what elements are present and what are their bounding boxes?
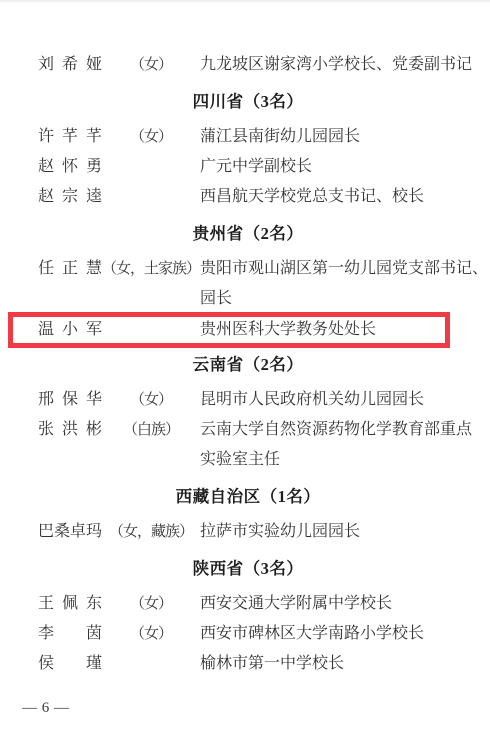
table-row: 李茵 （女） 西安市碑林区大学南路小学校长	[0, 619, 490, 649]
table-row: 温小军 贵州医科大学教务处处长	[13, 317, 445, 343]
position-title: 西昌航天学校党总支书记、校长	[200, 182, 490, 212]
document-page: 刘希娅 （女） 九龙坡区谢家湾小学校长、党委副书记 四川省（3名） 许芊芊 （女…	[0, 0, 490, 744]
province-section: 刘希娅 （女） 九龙坡区谢家湾小学校长、党委副书记	[0, 50, 490, 80]
position-title: 贵阳市观山湖区第一幼儿园党支部书记、园长	[200, 254, 490, 314]
province-section-header: 四川省（3名）	[6, 87, 490, 117]
position-title-line: 贵阳市观山湖区第一幼儿园党支部书记、	[200, 254, 490, 284]
position-title-line: 蒲江县南街幼儿园园长	[200, 122, 490, 152]
position-title: 西安市碑林区大学南路小学校长	[200, 619, 490, 649]
person-name: 赵怀勇	[38, 152, 102, 182]
table-row: 许芊芊 （女） 蒲江县南街幼儿园园长	[0, 122, 490, 152]
person-name: 刘希娅	[38, 50, 102, 80]
person-name: 李茵	[38, 619, 102, 649]
position-title: 榆林市第一中学校长	[200, 649, 490, 679]
person-name: 温小军	[38, 317, 102, 343]
person-name: 赵宗逵	[38, 182, 102, 212]
position-title-line: 贵州医科大学教务处处长	[200, 317, 445, 343]
gender-ethnicity-note: （女）	[102, 122, 200, 152]
province-section: 陕西省（3名） 王佩东 （女） 西安交通大学附属中学校长 李茵 （女） 西安市碑…	[0, 554, 490, 679]
position-title-line: 西昌航天学校党总支书记、校长	[200, 182, 490, 212]
position-title-line: 西安市碑林区大学南路小学校长	[200, 619, 490, 649]
position-title: 九龙坡区谢家湾小学校长、党委副书记	[200, 50, 490, 80]
province-section-header: 贵州省（2名）	[6, 219, 490, 249]
table-row: 赵怀勇 广元中学副校长	[0, 152, 490, 182]
gender-ethnicity-note: （女）	[102, 50, 200, 80]
position-title-line: 西安交通大学附属中学校长	[200, 589, 490, 619]
province-section-header: 西藏自治区（1名）	[6, 482, 490, 512]
province-section: 云南省（2名） 邢保华 （女） 昆明市人民政府机关幼儿园园长 张洪彬 （白族） …	[0, 350, 490, 475]
table-row: 邢保华 （女） 昆明市人民政府机关幼儿园园长	[0, 385, 490, 415]
table-row: 任正慧 （女，土家族） 贵阳市观山湖区第一幼儿园党支部书记、园长	[0, 254, 490, 314]
position-title: 西安交通大学附属中学校长	[200, 589, 490, 619]
gender-ethnicity-note: （白族）	[102, 415, 200, 445]
province-section-header: 云南省（2名）	[6, 350, 490, 380]
position-title-line: 广元中学副校长	[200, 152, 490, 182]
position-title-line: 园长	[200, 284, 490, 314]
honor-roll-list: 刘希娅 （女） 九龙坡区谢家湾小学校长、党委副书记 四川省（3名） 许芊芊 （女…	[0, 2, 490, 679]
gender-ethnicity-note: （女，藏族）	[102, 517, 200, 547]
person-name: 任正慧	[38, 254, 102, 284]
gender-ethnicity-note: （女）	[102, 589, 200, 619]
person-name: 巴桑卓玛	[38, 517, 102, 547]
position-title: 昆明市人民政府机关幼儿园园长	[200, 385, 490, 415]
position-title-line: 昆明市人民政府机关幼儿园园长	[200, 385, 490, 415]
table-row: 巴桑卓玛 （女，藏族） 拉萨市实验幼儿园园长	[0, 517, 490, 547]
page-number: — 6 —	[22, 700, 70, 717]
person-name: 邢保华	[38, 385, 102, 415]
position-title: 广元中学副校长	[200, 152, 490, 182]
position-title-line: 榆林市第一中学校长	[200, 649, 490, 679]
position-title-line: 拉萨市实验幼儿园园长	[200, 517, 490, 547]
person-name: 王佩东	[38, 589, 102, 619]
table-row: 侯瑾 榆林市第一中学校长	[0, 649, 490, 679]
position-title: 蒲江县南街幼儿园园长	[200, 122, 490, 152]
province-section: 西藏自治区（1名） 巴桑卓玛 （女，藏族） 拉萨市实验幼儿园园长	[0, 482, 490, 547]
table-row: 王佩东 （女） 西安交通大学附属中学校长	[0, 589, 490, 619]
table-row: 张洪彬 （白族） 云南大学自然资源药物化学教育部重点实验室主任	[0, 415, 490, 475]
person-name: 许芊芊	[38, 122, 102, 152]
position-title-line: 实验室主任	[200, 445, 490, 475]
table-row: 刘希娅 （女） 九龙坡区谢家湾小学校长、党委副书记	[0, 50, 490, 80]
province-section: 贵州省（2名） 任正慧 （女，土家族） 贵阳市观山湖区第一幼儿园党支部书记、园长…	[0, 219, 490, 348]
gender-ethnicity-note: （女，土家族）	[102, 254, 200, 284]
position-title: 拉萨市实验幼儿园园长	[200, 517, 490, 547]
province-section-header: 陕西省（3名）	[6, 554, 490, 584]
position-title: 云南大学自然资源药物化学教育部重点实验室主任	[200, 415, 490, 475]
gender-ethnicity-note: （女）	[102, 619, 200, 649]
table-row: 赵宗逵 西昌航天学校党总支书记、校长	[0, 182, 490, 212]
position-title: 贵州医科大学教务处处长	[200, 317, 445, 343]
red-highlight-box: 温小军 贵州医科大学教务处处长	[8, 312, 450, 348]
position-title-line: 云南大学自然资源药物化学教育部重点	[200, 415, 490, 445]
person-name: 张洪彬	[38, 415, 102, 445]
province-section: 四川省（3名） 许芊芊 （女） 蒲江县南街幼儿园园长 赵怀勇 广元中学副校长 赵…	[0, 87, 490, 212]
person-name: 侯瑾	[38, 649, 102, 679]
position-title-line: 九龙坡区谢家湾小学校长、党委副书记	[200, 50, 490, 80]
gender-ethnicity-note: （女）	[102, 385, 200, 415]
